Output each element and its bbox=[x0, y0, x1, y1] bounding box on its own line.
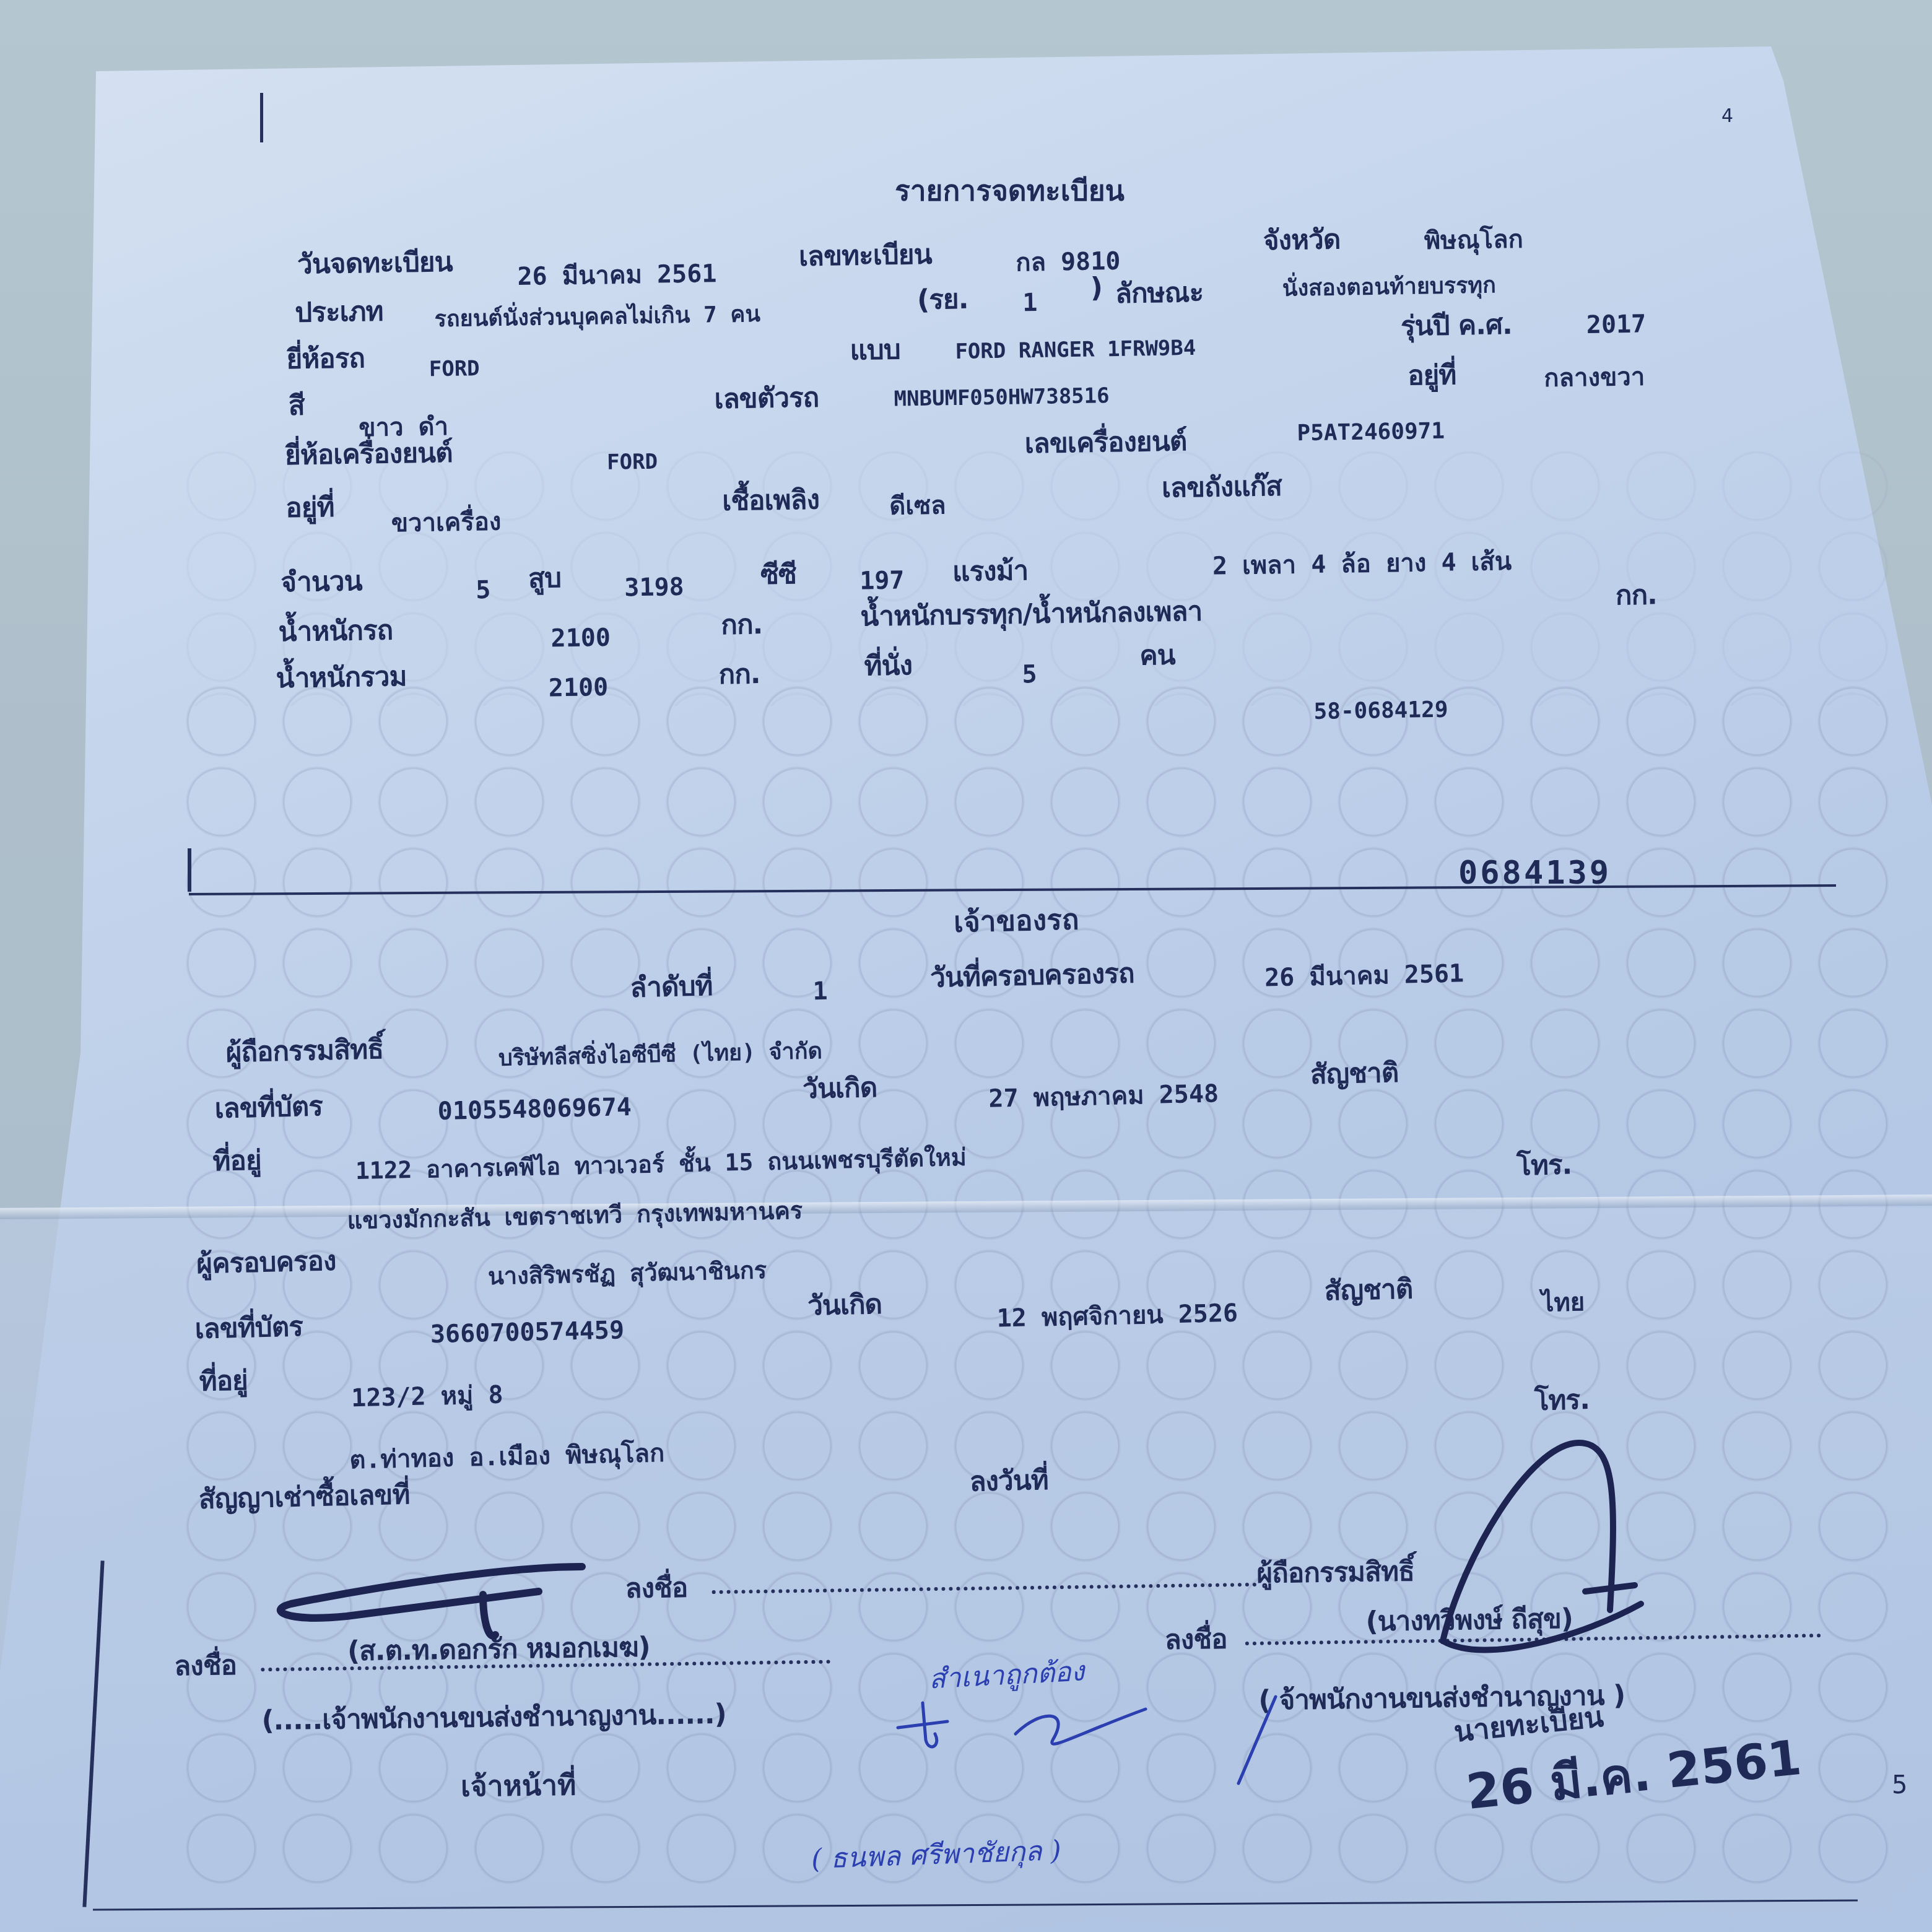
handwritten-name-note: ( ธนพล ศรีพาชัยกุล ) bbox=[811, 1829, 1062, 1881]
handwritten-signatures bbox=[0, 0, 1932, 1932]
blue-pen-signature bbox=[898, 1697, 1276, 1783]
left-signature-scrawl bbox=[281, 1567, 582, 1636]
right-signature-loop bbox=[1443, 1443, 1641, 1650]
handwritten-certified-note: สำเนาถูกต้อง bbox=[928, 1649, 1085, 1700]
